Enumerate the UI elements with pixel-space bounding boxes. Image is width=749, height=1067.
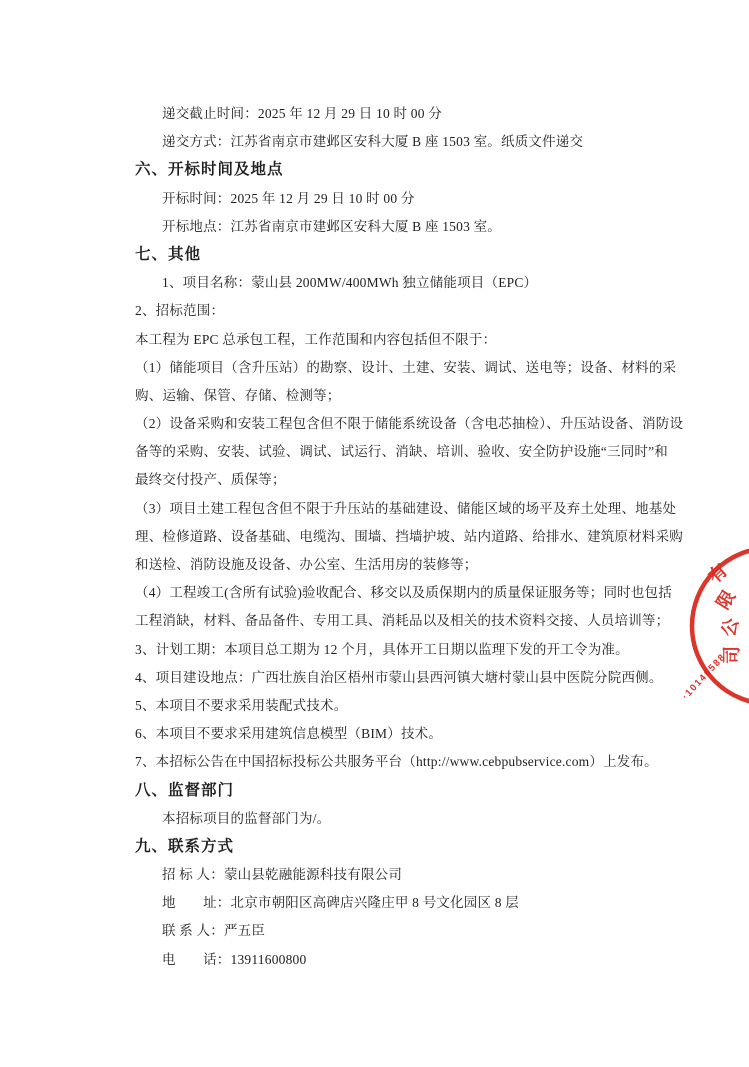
document-line: 和送检、消防设施及设备、办公室、生活用房的装修等； xyxy=(135,551,650,579)
document-line: 最终交付投产、质保等； xyxy=(135,466,650,494)
document-line: 联 系 人：严五臣 xyxy=(135,917,650,945)
document-page: 递交截止时间：2025 年 12 月 29 日 10 时 00 分递交方式：江苏… xyxy=(0,0,749,1067)
document-line: 4、项目建设地点：广西壮族自治区梧州市蒙山县西河镇大塘村蒙山县中医院分院西侧。 xyxy=(135,664,650,692)
document-line: 招 标 人：蒙山县乾融能源科技有限公司 xyxy=(135,861,650,889)
seal-name-char: 有 xyxy=(704,559,731,587)
document-line: 工程消缺，材料、备品备件、专用工具、消耗品以及相关的技术资料交接、人员培训等； xyxy=(135,607,650,635)
document-line: 2、招标范围： xyxy=(135,297,650,325)
section-heading: 六、开标时间及地点 xyxy=(135,156,650,184)
seal-number-text: ·10146588 xyxy=(680,651,728,702)
document-line: 开标地点：江苏省南京市建邺区安科大厦 B 座 1503 室。 xyxy=(135,213,650,241)
document-line: 3、计划工期：本项目总工期为 12 个月，具体开工日期以监理下发的开工令为准。 xyxy=(135,636,650,664)
document-line: 递交截止时间：2025 年 12 月 29 日 10 时 00 分 xyxy=(135,100,650,128)
document-line: （4）工程竣工(含所有试验)验收配合、移交以及质保期内的质量保证服务等；同时也包… xyxy=(135,579,650,607)
seal-name-char: 限 xyxy=(713,587,739,613)
document-line: 7、本招标公告在中国招标投标公共服务平台（http://www.cebpubse… xyxy=(135,748,650,776)
document-line: （3）项目土建工程包含但不限于升压站的基础建设、储能区域的场平及弃土处理、地基处 xyxy=(135,495,650,523)
section-heading: 九、联系方式 xyxy=(135,833,650,861)
document-line: 地 址：北京市朝阳区高碑店兴隆庄甲 8 号文化园区 8 层 xyxy=(135,889,650,917)
document-line: 递交方式：江苏省南京市建邺区安科大厦 B 座 1503 室。纸质文件递交 xyxy=(135,128,650,156)
section-heading: 七、其他 xyxy=(135,241,650,269)
document-line: 理、检修道路、设备基础、电缆沟、围墙、挡墙护坡、站内道路、给排水、建筑原材料采购 xyxy=(135,523,650,551)
document-line: 电 话：13911600800 xyxy=(135,946,650,974)
document-line: 本工程为 EPC 总承包工程，工作范围和内容包括但不限于： xyxy=(135,326,650,354)
document-line: 购、运输、保管、存储、检测等； xyxy=(135,382,650,410)
document-line: 6、本项目不要求采用建筑信息模型（BIM）技术。 xyxy=(135,720,650,748)
document-line: 开标时间：2025 年 12 月 29 日 10 时 00 分 xyxy=(135,185,650,213)
seal-name-char: 公 xyxy=(718,616,742,639)
document-line: （1）储能项目（含升压站）的勘察、设计、土建、安装、调试、送电等；设备、材料的采 xyxy=(135,354,650,382)
document-line: 本招标项目的监督部门为/。 xyxy=(135,805,650,833)
seal-name-char: 司 xyxy=(722,646,742,664)
document-line: （2）设备采购和安装工程包含但不限于储能系统设备（含电芯抽检）、升压站设备、消防… xyxy=(135,410,650,438)
document-line: 5、本项目不要求采用装配式技术。 xyxy=(135,692,650,720)
section-heading: 八、监督部门 xyxy=(135,777,650,805)
document-content: 递交截止时间：2025 年 12 月 29 日 10 时 00 分递交方式：江苏… xyxy=(135,100,650,974)
document-line: 1、项目名称：蒙山县 200MW/400MWh 独立储能项目（EPC） xyxy=(135,269,650,297)
document-line: 备等的采购、安装、试验、调试、试运行、消缺、培训、验收、安全防护设施“三同时”和 xyxy=(135,438,650,466)
seal-ring xyxy=(692,548,749,704)
